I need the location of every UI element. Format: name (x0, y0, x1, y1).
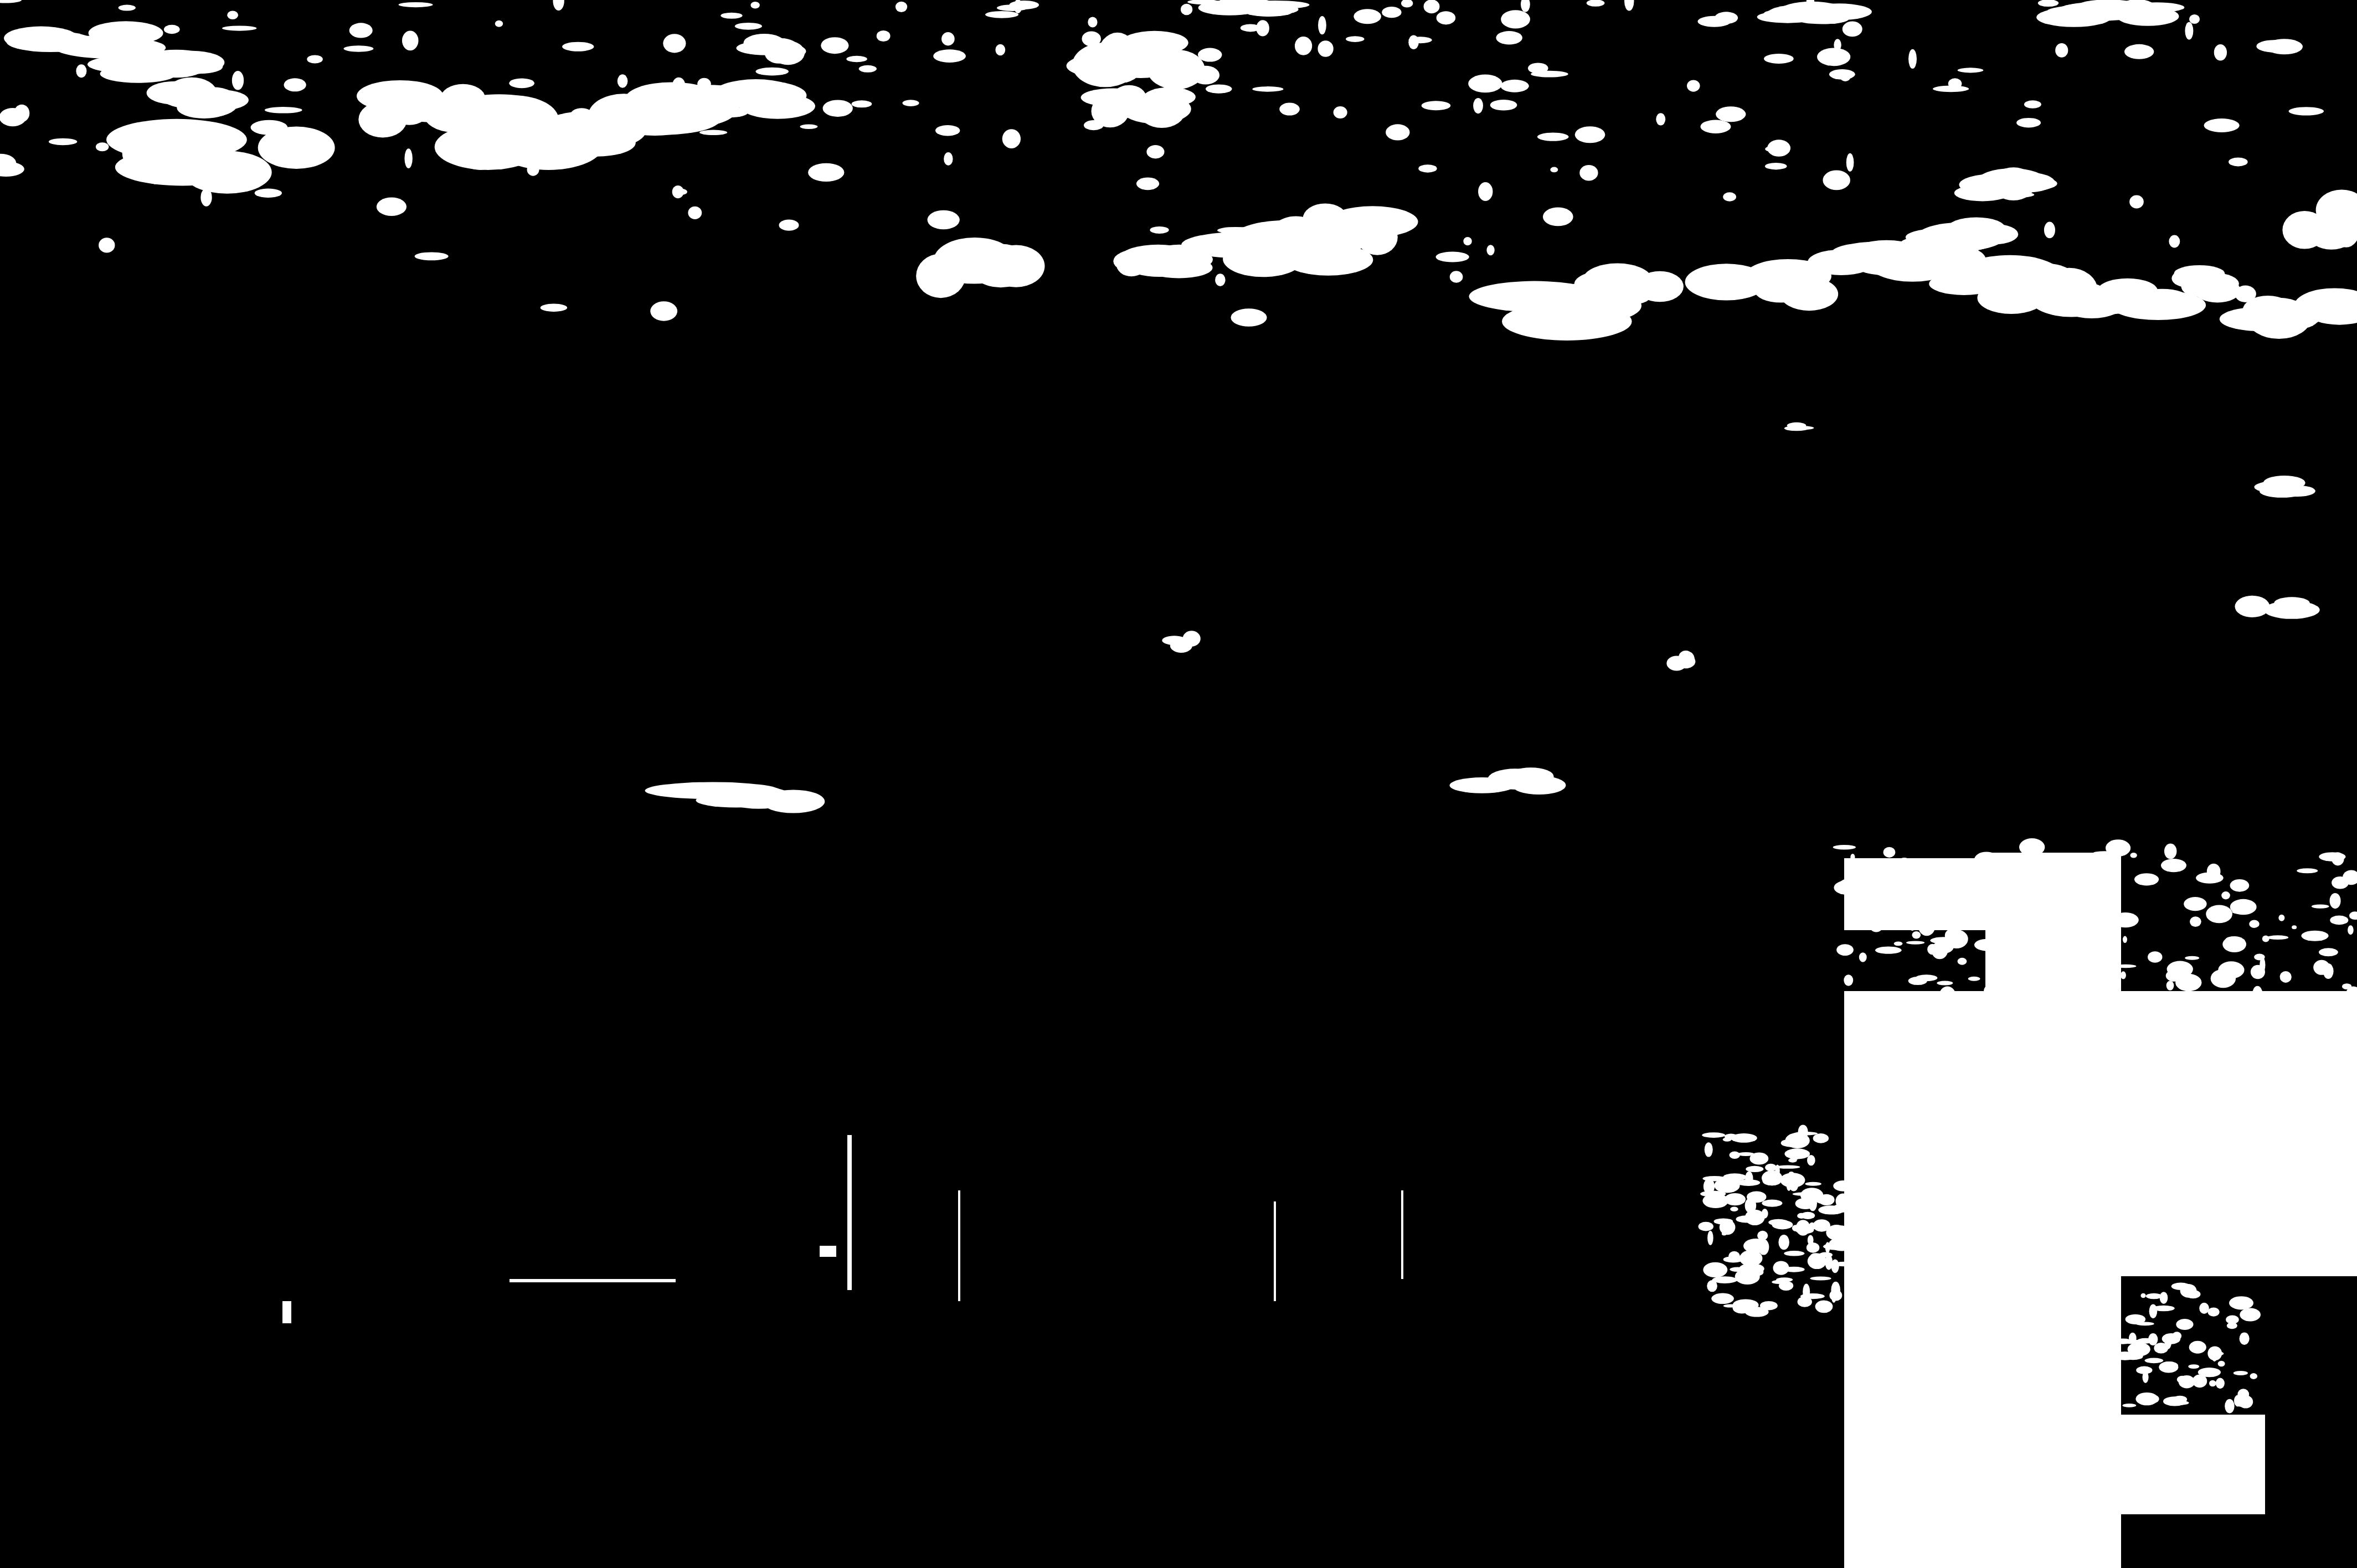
binarized-photo (0, 0, 2357, 1568)
image-canvas (0, 0, 2357, 1568)
